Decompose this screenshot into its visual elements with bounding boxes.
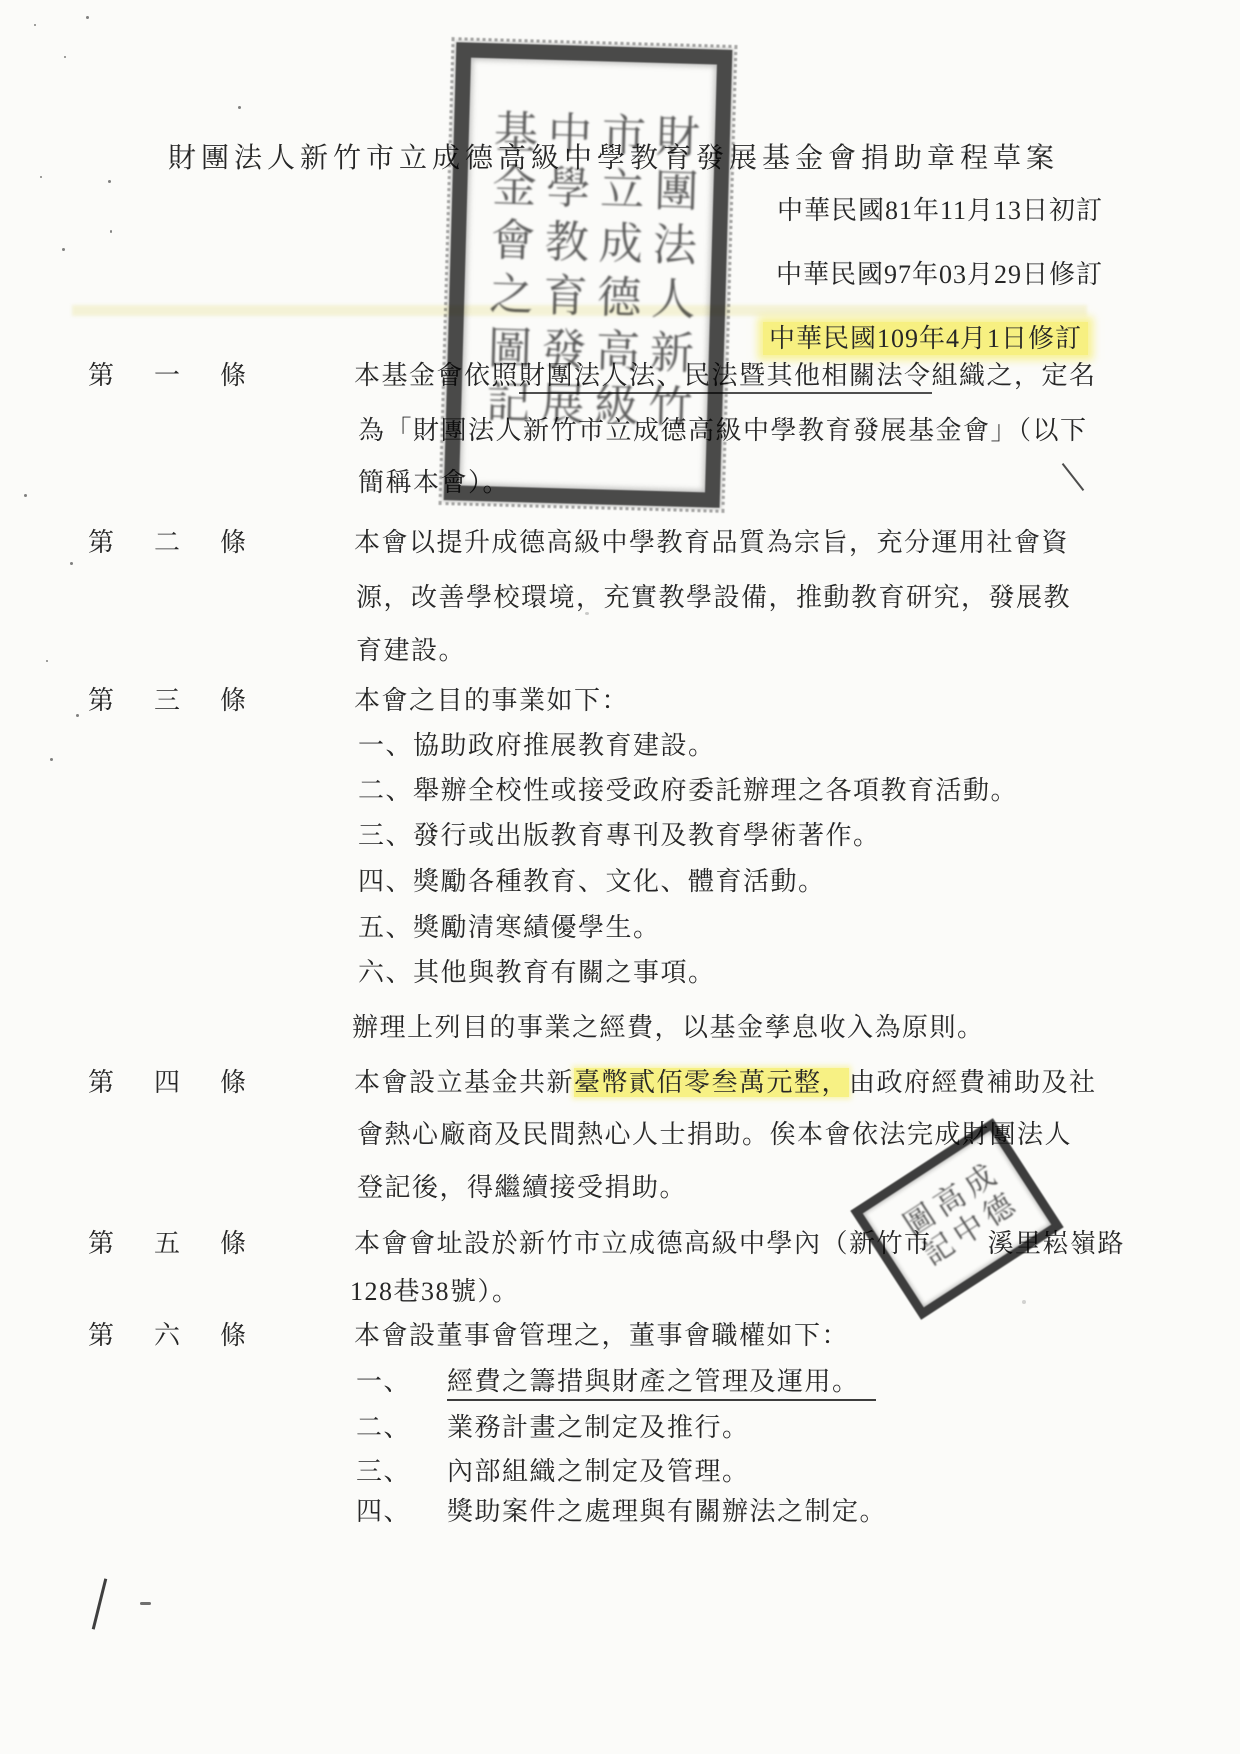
article-3-head: 本會之目的事業如下： [354, 680, 629, 717]
revision-date-amend-109: 中華民國109年4月1日修訂 [763, 318, 1088, 355]
scan-speck [76, 714, 79, 717]
highlighted-date: 中華民國109年4月1日修訂 [763, 322, 1088, 355]
scanned-charter-page: 財團法人新竹市立成德高級中學教育發展基金會捐助章程草案 中華民國81年11月13… [0, 0, 1240, 1754]
scan-speck [34, 24, 36, 26]
article-6-item-1: 一、經費之籌措與財產之管理及運用。 [356, 1361, 876, 1398]
article-3-item-6: 六、其他與教育有關之事項。 [358, 952, 716, 989]
scan-speck [70, 562, 73, 565]
article-1-label: 第一條 [88, 355, 246, 392]
scan-speck [238, 106, 241, 109]
scan-speck [64, 56, 66, 58]
scan-speck [86, 16, 89, 19]
seal-script-glyphs: 財團法人新竹市立成德高級中學教育發展基金會之圖記 [475, 108, 700, 442]
article-3-item-4: 四、獎勵各種教育、文化、體育活動。 [358, 861, 826, 898]
scan-speck [46, 660, 48, 662]
article-4-label: 第四條 [88, 1062, 246, 1099]
scan-speck [110, 230, 112, 233]
article-6-head: 本會設董事會管理之，董事會職權如下： [354, 1315, 849, 1352]
foundation-seal-stamp: 財團法人新竹市立成德高級中學教育發展基金會之圖記 [444, 42, 733, 508]
article-2-line-1: 本會以提升成德高級中學教育品質為宗旨，充分運用社會資 [354, 522, 1069, 559]
article-6-item-2: 二、業務計畫之制定及推行。 [356, 1407, 750, 1444]
scan-speck [62, 248, 65, 251]
article-3-label: 第三條 [88, 680, 246, 717]
article-2-line-3: 育建設。 [356, 630, 466, 667]
article-6-item-4: 四、獎助案件之處理與有關辦法之制定。 [356, 1491, 887, 1528]
article-5-line-2: 128巷38號）。 [350, 1271, 520, 1308]
revision-date-amend-97: 中華民國97年03月29日修訂 [776, 254, 1103, 291]
scan-speck [108, 180, 111, 183]
article-3-tail: 辦理上列目的事業之經費，以基金孳息收入為原則。 [352, 1007, 985, 1044]
article-5-label: 第五條 [88, 1223, 246, 1260]
article-3-item-3: 三、發行或出版教育專刊及教育學術著作。 [358, 815, 881, 852]
scan-speck [40, 176, 42, 178]
article-4-line-3: 登記後，得繼續接受捐助。 [357, 1167, 687, 1204]
highlighted-fund-amount: 臺幣貳佰零叁萬元整， [574, 1068, 849, 1097]
article-3-item-2: 二、舉辦全校性或接受政府委託辦理之各項教育活動。 [358, 770, 1018, 807]
scan-speck [50, 758, 53, 761]
article-3-item-5: 五、獎勵清寒績優學生。 [358, 907, 661, 944]
revision-date-initial: 中華民國81年11月13日初訂 [777, 190, 1103, 227]
article-4-line-1: 本會設立基金共新臺幣貳佰零叁萬元整，由政府經費補助及社 [354, 1062, 1097, 1099]
article-6-item-3: 三、內部組織之制定及管理。 [356, 1451, 750, 1488]
pen-dash-mark [140, 1602, 151, 1605]
small-seal-glyphs: 成德高中圖記 [892, 1159, 1022, 1278]
scan-speck [1022, 1300, 1026, 1304]
pen-slash-mark [92, 1578, 107, 1629]
pen-tick-mark [1062, 463, 1085, 491]
article-3-item-1: 一、協助政府推展教育建設。 [358, 725, 716, 762]
article-2-label: 第二條 [88, 522, 246, 559]
scan-speck [24, 494, 27, 497]
underlined-duty-item: 經費之籌措與財產之管理及運用。 [447, 1367, 876, 1401]
article-6-label: 第六條 [88, 1315, 246, 1352]
article-2-line-2: 源，改善學校環境，充實教學設備，推動教育研究，發展教 [356, 577, 1071, 614]
